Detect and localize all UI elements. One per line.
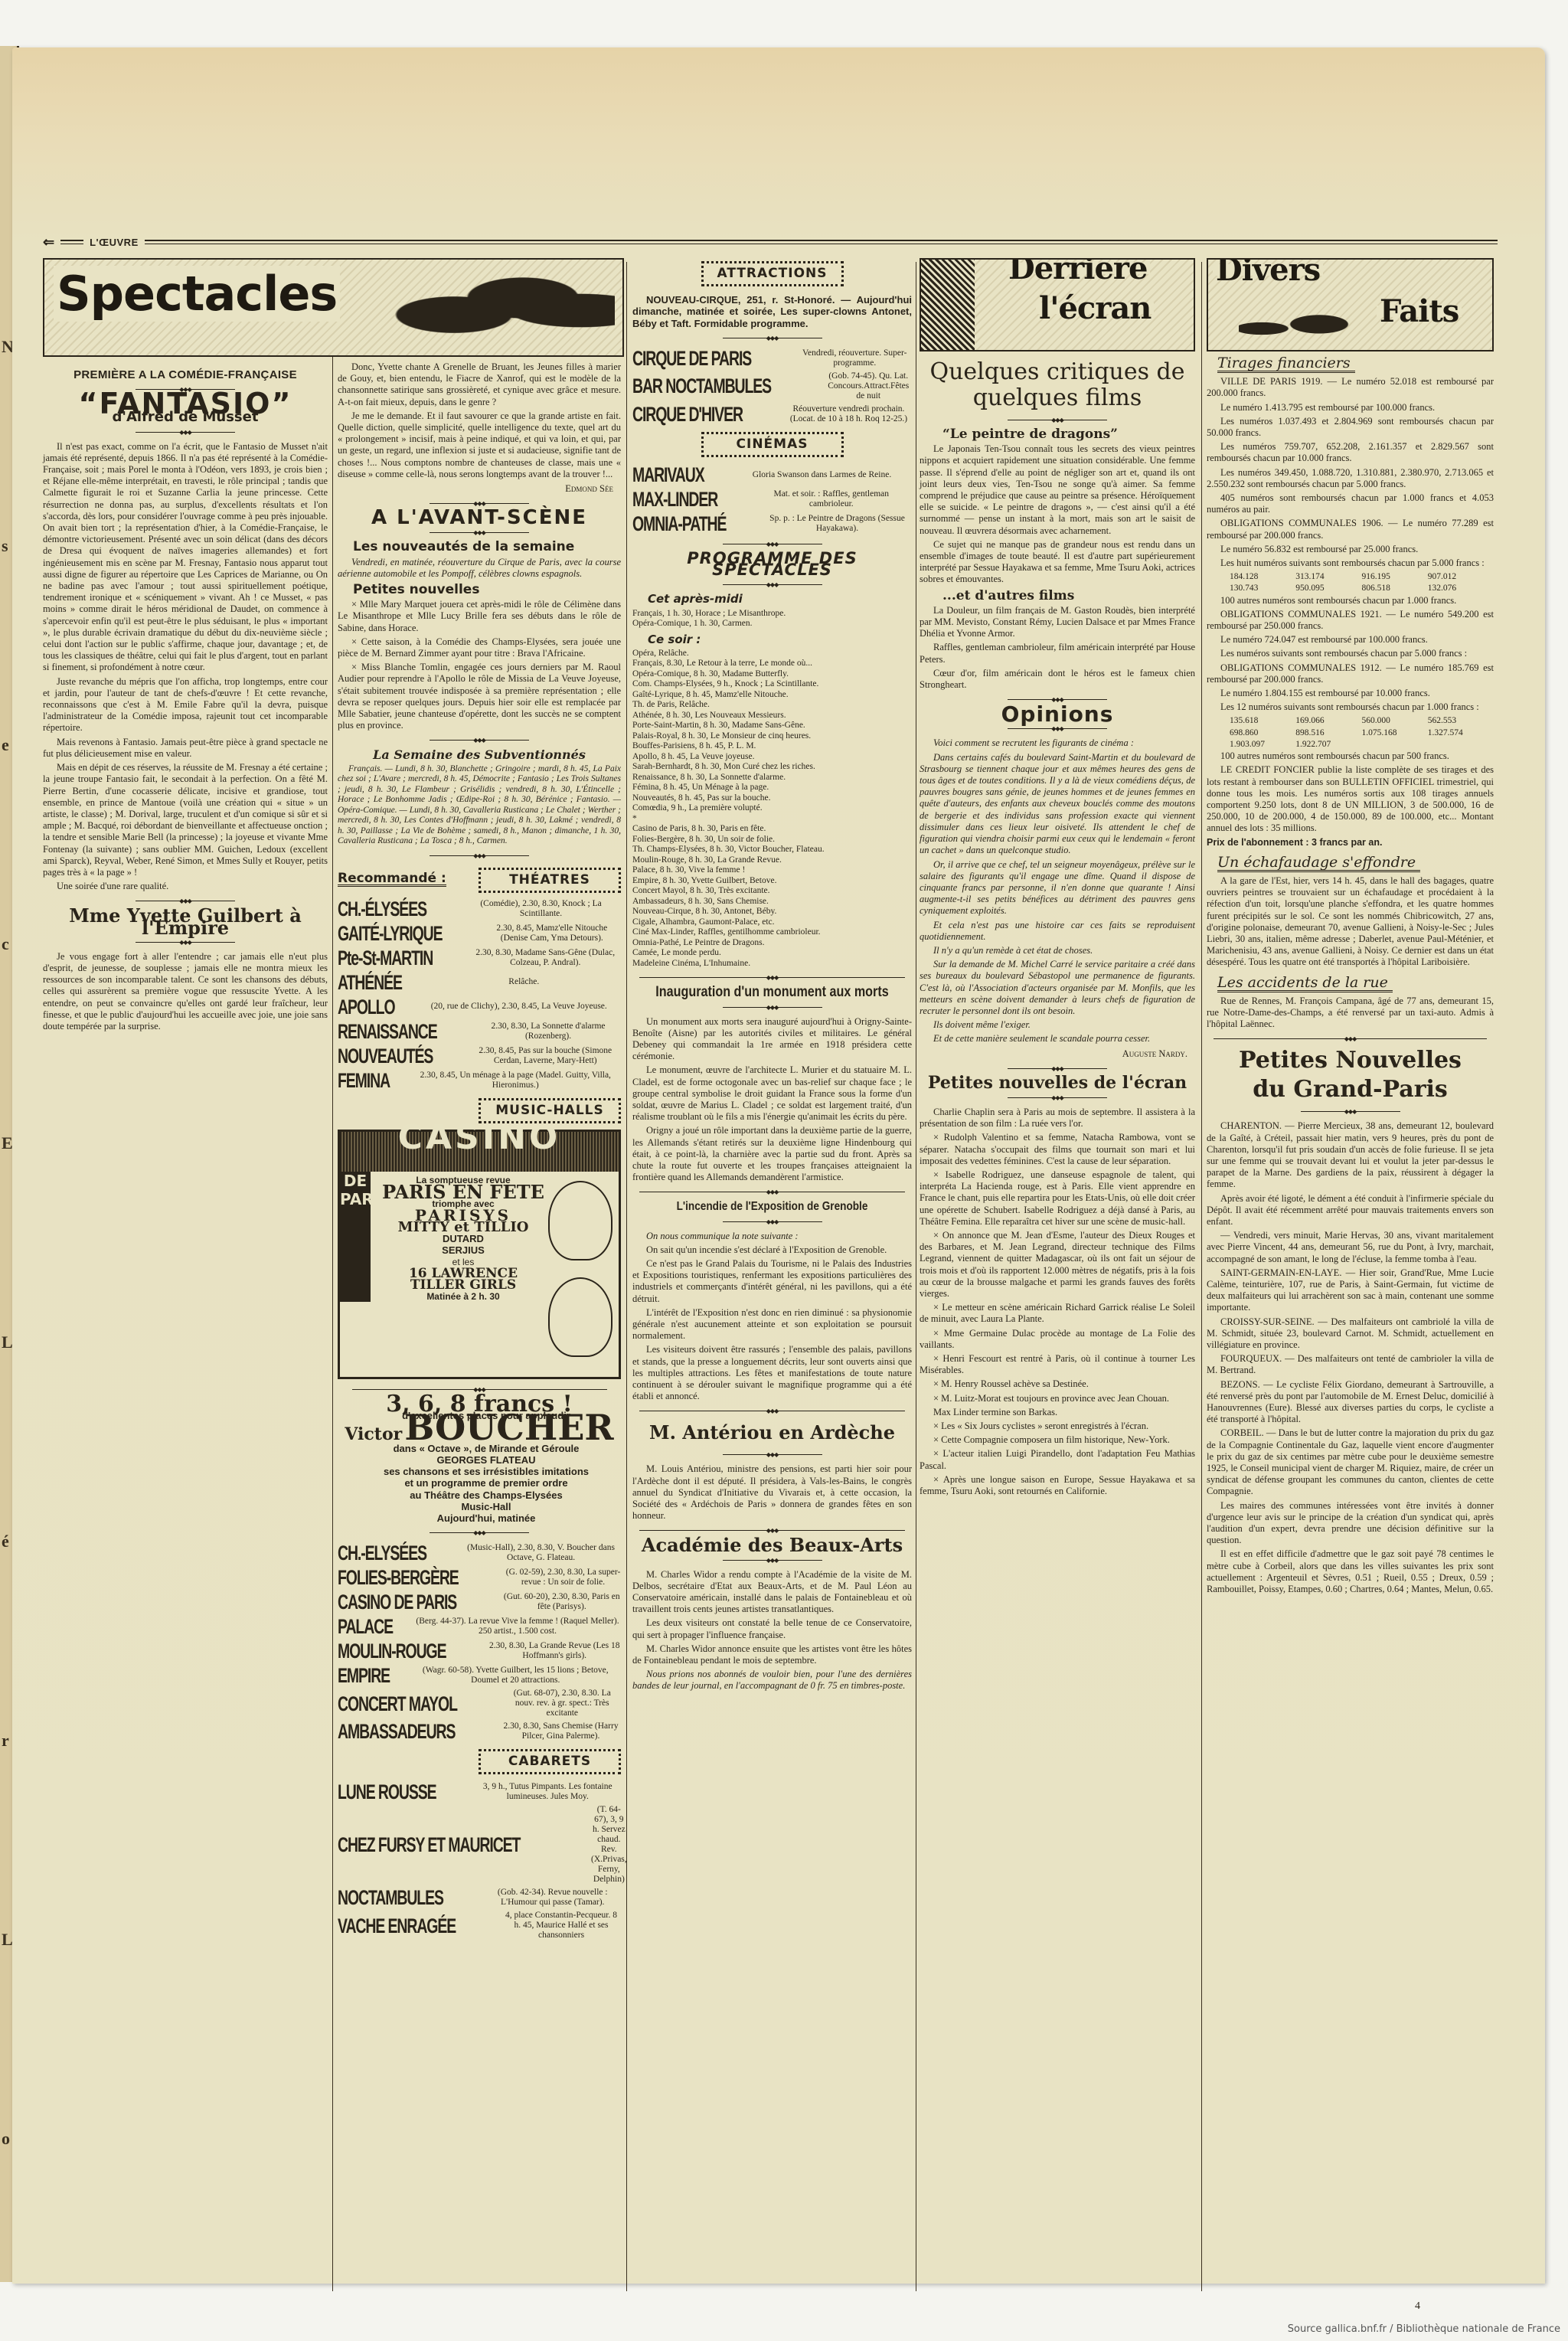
venue-listing: CIRQUE DE PARISVendredi, réouverture. Su… [632,347,912,370]
programme-line: Ciné Max-Linder, Raffles, gentilhomme ca… [632,927,912,938]
programme-line: Fémina, 8 h. 45, Un Ménage à la page. [632,783,912,793]
caricature-illustration-icon [1239,307,1354,350]
article-paragraph: Il n'est pas exact, comme on l'a écrit, … [43,441,328,674]
programme-line: Opéra-Comique, 1 h. 30, Carmen. [632,619,912,629]
venue-details: Mat. et soir. : Raffles, gentleman cambr… [751,489,913,509]
ornament-divider [1008,420,1107,428]
venue-listing: RENAISSANCE2.30, 8.30, La Sonnette d'ala… [338,1020,621,1043]
section-subhead: Petites nouvelles [338,584,621,596]
venue-name-wrap: FOLIES-BERGÈRE [338,1566,505,1589]
attractions-section-label: ATTRACTIONS [701,261,844,286]
tirage-item: 100 autres numéros sont remboursés chacu… [1207,750,1494,762]
faits-divers-banner: Divers Faits [1207,258,1494,351]
venue-name: MOULIN-ROUGE [338,1640,446,1663]
venue-listing: CASINO DE PARIS(Gut. 60-20), 2.30, 8.30,… [338,1591,621,1614]
ad-text: au Théâtre des Champs-Elysées [338,1489,621,1501]
column-3: ATTRACTIONS NOUVEAU-CIRQUE, 251, r. St-H… [632,258,912,1695]
programme-line: Comœdia, 9 h., La première volupté. [632,803,912,814]
venue-name-wrap: NOCTAMBULES [338,1886,484,1909]
portrait-sketch-icon [548,1277,612,1357]
nouveau-cirque-listing: NOUVEAU-CIRQUE, 251, r. St-Honoré. — Auj… [632,294,912,329]
previous-page-text-fragment: é [2,1532,9,1551]
article-paragraph: Et de cette manière seulement le scandal… [920,1033,1195,1045]
article-paragraph: Origny a joué un rôle important dans la … [632,1125,912,1183]
tirage-item: OBLIGATIONS COMMUNALES 1906. — Le numéro… [1207,518,1494,541]
column-1: PREMIÈRE A LA COMÉDIE-FRANÇAISE “FANTASI… [43,361,328,1035]
bond-number: 169.066 [1295,715,1361,727]
previous-page-text-fragment: c [2,934,9,954]
news-item: × Isabelle Rodriguez, une danseuse espag… [920,1169,1195,1228]
news-item: × L'acteur italien Luigi Pirandello, don… [920,1448,1195,1471]
bond-number: 1.075.168 [1362,727,1428,739]
venue-details: (G. 02-59), 2.30, 8.30, La super-revue :… [505,1568,621,1587]
venue-details: (Comédie), 2.30, 8.30, Knock ; La Scinti… [461,899,621,919]
news-item: × Mme Germaine Dulac procède au montage … [920,1328,1195,1351]
venue-details: (T. 64-67), 3, 9 h. Servez chaud. Rev. (… [591,1805,627,1885]
venue-name: EMPIRE [338,1664,390,1687]
venue-details: 2.30, 8.45, Un ménage à la page (Madel. … [410,1071,622,1090]
news-item: Max Linder termine son Barkas. [920,1407,1195,1418]
news-item: × Cette saison, à la Comédie des Champs-… [338,636,621,659]
venue-name: APOLLO [338,996,395,1018]
venue-name-wrap: MAX-LINDER [632,488,751,511]
ornament-divider [639,1530,905,1538]
ad-star: SERJIUS [377,1244,550,1256]
tirage-item: Les huit numéros suivants sont remboursé… [1207,557,1494,569]
tirage-item: Le numéro 724.047 est remboursé par 100.… [1207,634,1494,646]
venue-name: BAR NOCTAMBULES [632,374,771,397]
ad-text: ses chansons et ses irrésistibles imitat… [338,1466,621,1477]
bond-number: 135.618 [1230,715,1295,727]
venue-name: MAX-LINDER [632,488,717,511]
venue-listing: CHEZ FURSY ET MAURICET(T. 64-67), 3, 9 h… [338,1805,621,1885]
venue-details: Gloria Swanson dans Larmes de Reine. [732,470,912,480]
venue-listing: NOCTAMBULES(Gob. 42-34). Revue nouvelle … [338,1886,621,1909]
venue-details: Relâche. [427,977,621,987]
news-item: × Les « Six Jours cyclistes » seront enr… [920,1421,1195,1432]
venue-name: MARIVAUX [632,463,704,486]
article-paragraph: Ils doivent même l'exiger. [920,1019,1195,1031]
news-item: Après avoir été ligoté, le dément a été … [1207,1193,1494,1228]
article-paragraph: Cœur d'or, film américain dont le héros … [920,668,1195,691]
venue-name-wrap: CONCERT MAYOL [338,1692,504,1715]
subscription-price: Prix de l'abonnement : 3 francs par an. [1207,837,1494,848]
theatres-section-label: THÉATRES [479,868,621,893]
venue-name-wrap: CH.-ÉLYSÉES [338,897,461,920]
ecran-news-headline: Petites nouvelles de l'écran [920,1077,1195,1089]
derriere-ecran-banner: Derrière l'écran [920,258,1195,351]
previous-page-text-fragment: e [2,735,9,755]
boucher-name: BOUCHER [404,1407,613,1448]
venue-name-wrap: ATHÉNÉE [338,971,427,994]
venue-name: CIRQUE DE PARIS [632,347,751,370]
programme-line: Omnia-Pathé, Le Peintre de Dragons. [632,938,912,949]
venue-name: AMBASSADEURS [338,1720,455,1743]
ad-text: Music-Hall [338,1501,621,1512]
article-paragraph: Les deux visiteurs ont constaté la belle… [632,1617,912,1640]
venue-name-wrap: CIRQUE D'HIVER [632,403,786,426]
programme-line: Madeleine Cinéma, L'Inhumaine. [632,959,912,969]
article-paragraph: La Douleur, un film français de M. Gasto… [920,605,1195,640]
programme-line: Th. de Paris, Relâche. [632,700,912,711]
article-paragraph: Voici comment se recrutent les figurants… [920,737,1195,749]
byline: Auguste Nardy. [927,1048,1187,1060]
ecran-news-list: Charlie Chaplin sera à Paris au mois de … [920,1107,1195,1497]
ornament-divider [430,740,529,748]
programme-line: * [632,814,912,825]
venue-name-wrap: AMBASSADEURS [338,1720,501,1743]
previous-page-text-fragment: r [2,1731,9,1751]
venue-details: (Wagr. 60-58). Yvette Guilbert, les 15 l… [410,1666,621,1685]
article-paragraph: Ce n'est pas le Grand Palais du Tourisme… [632,1258,912,1305]
article-paragraph: Je vous engage fort à aller l'entendre ;… [43,951,328,1032]
spectacles-banner: Spectacles [43,258,624,357]
venue-name: LUNE ROUSSE [338,1780,436,1803]
news-item: × M. Luitz-Morat est toujours en provinc… [920,1393,1195,1404]
programme-line: Cigale, Alhambra, Gaumont-Palace, etc. [632,917,912,928]
bond-numbers-1906: 184.128313.174916.195907.012130.743950.0… [1207,571,1494,594]
article-paragraph: Rue de Rennes, M. François Campana, âgé … [1207,996,1494,1031]
ornament-divider [352,1389,607,1398]
cinemas-section-label: CINÉMAS [701,432,844,457]
venue-listing: CONCERT MAYOL(Gut. 68-07), 2.30, 8.30. L… [338,1689,621,1718]
section-subhead: Les nouveautés de la semaine [338,541,621,553]
programme-line: Renaissance, 8 h. 30, La Sonnette d'alar… [632,773,912,783]
ornament-divider [430,532,529,541]
recommended-label: Recommandé : [338,873,446,887]
tirage-item: VILLE DE PARIS 1919. — Le numéro 52.018 … [1207,376,1494,399]
academie-headline: Académie des Beaux-Arts [632,1539,912,1551]
casino-ad-header: CASINO [340,1132,619,1172]
tirage-item: LE CREDIT FONCIER publie la liste complè… [1207,764,1494,834]
news-item: × M. Henry Roussel achève sa Destinée. [920,1378,1195,1390]
programme-line: Casino de Paris, 8 h. 30, Paris en fête. [632,824,912,835]
venue-name: CIRQUE D'HIVER [632,403,743,426]
programme-line: Opéra, Relâche. [632,649,912,659]
venue-listing: PALACE(Berg. 44-37). La revue Vive la fe… [338,1615,621,1638]
grand-paris-headline: Petites Nouvelles [1207,1048,1494,1074]
film-reel-illustration-icon [921,260,975,350]
venue-details: 2.30, 8.45, Mamz'elle Nitouche (Denise C… [483,924,621,943]
programme-line: Th. Champs-Elysées, 8 h. 30, Victor Bouc… [632,845,912,855]
venue-name-wrap: GAITÉ-LYRIQUE [338,922,483,945]
programme-line: Nouveautés, 8 h. 45, Pas sur la bouche. [632,793,912,804]
film-review-title: “Le peintre de dragons” [942,429,1195,440]
programme-line: Athénée, 8 h. 30, Les Nouveaux Messieurs… [632,711,912,721]
casino-ad-body: La somptueuse revue PARIS EN FETE triomp… [377,1175,550,1303]
yvette-headline: Mme Yvette Guilbert à l'Empire [43,910,328,933]
venue-name: CASINO DE PARIS [338,1591,456,1614]
casino-de-paris-ad: CASINO DE PARIS La somptueuse revue PARI… [338,1130,621,1379]
column-divider [1201,262,1202,2291]
venue-listing: FEMINA2.30, 8.45, Un ménage à la page (M… [338,1069,621,1092]
venue-name: GAITÉ-LYRIQUE [338,922,442,945]
ad-text: GEORGES FLATEAU [338,1454,621,1466]
news-item: — Vendredi, vers minuit, Marie Hervas, 3… [1207,1230,1494,1265]
venue-listing: AMBASSADEURS2.30, 8.30, Sans Chemise (Ha… [338,1720,621,1743]
article-paragraph: L'intérêt de l'Exposition n'est donc en … [632,1307,912,1342]
ad-troupe: TILLER GIRLS [377,1280,550,1291]
bond-number: 916.195 [1362,571,1428,583]
venue-details: (Gob. 42-34). Revue nouvelle : L'Humour … [484,1888,621,1908]
venue-listing: MARIVAUXGloria Swanson dans Larmes de Re… [632,463,912,486]
venue-name-wrap: VACHE ENRAGÉE [338,1914,501,1937]
ad-text: Aujourd'hui, matinée [338,1512,621,1524]
tirage-item: Les numéros 1.037.493 et 2.804.969 sont … [1207,416,1494,439]
music-halls-listing: CH.-ELYSÉES(Music-Hall), 2.30, 8.30, V. … [338,1542,621,1743]
bond-number: 1.922.707 [1295,739,1361,750]
bond-number: 907.012 [1428,571,1494,583]
news-item: SAINT-GERMAIN-EN-LAYE. — Hier soir, Gran… [1207,1267,1494,1314]
programme-line: Palais-Royal, 8 h. 30, Le Monsieur de ci… [632,731,912,742]
news-item: × Henri Fescourt est rentré à Paris, où … [920,1353,1195,1376]
programme-line: Bouffes-Parisiens, 8 h. 45, P. L. M. [632,741,912,752]
ornament-divider [723,1221,822,1230]
programme-line: Camée, Le monde perdu. [632,948,912,959]
article-paragraph: Vendredi, en matinée, réouverture du Cir… [338,557,621,580]
bond-number: 132.076 [1428,583,1494,594]
bond-number: 1.327.574 [1428,727,1494,739]
programme-line: Apollo, 8 h. 45, La Veuve joyeuse. [632,752,912,763]
byline: Edmond Sée [345,483,613,495]
anteriou-headline: M. Antériou en Ardèche [632,1420,912,1446]
bond-number: 898.516 [1295,727,1361,739]
bond-number: 562.553 [1428,715,1494,727]
portrait-sketch-icon [548,1181,612,1260]
venue-name: PALACE [338,1615,393,1638]
article-paragraph: Je me le demande. Et il faut savourer ce… [338,410,621,480]
venue-name-wrap: CIRQUE DE PARIS [632,347,798,370]
tirage-item: Les numéros 759.707, 652.208, 2.161.357 … [1207,441,1494,464]
article-paragraph: Sur la demande de M. Michel Carré le ser… [920,959,1195,1017]
venue-name-wrap: CH.-ELYSÉES [338,1542,461,1564]
venue-details: (Music-Hall), 2.30, 8.30, V. Boucher dan… [461,1543,621,1563]
article-paragraph: Il n'y a qu'un remède à cet état de chos… [920,945,1195,956]
ornament-divider [639,1411,905,1419]
venue-details: 2.30, 8.30, La Sonnette d'alarme (Rozenb… [475,1022,621,1041]
venue-name: ATHÉNÉE [338,971,402,994]
opinions-headline: Opinions [920,708,1195,720]
tirage-item: Le numéro 56.832 est remboursé par 25.00… [1207,544,1494,555]
article-paragraph: On nous communique la note suivante : [632,1231,912,1242]
afternoon-programme: Français, 1 h. 30, Horace ; Le Misanthro… [632,609,912,629]
page-folio: ⇐ L'ŒUVRE [43,237,1498,247]
article-paragraph: Le Japonais Ten-Tsou connaît tous les se… [920,443,1195,537]
venue-details: (Berg. 44-37). La revue Vive la femme ! … [414,1617,621,1636]
article-paragraph: Le monument, œuvre de l'architecte L. Mu… [632,1064,912,1123]
programme-line: Com. Champs-Elysées, 9 h., Knock ; La Sc… [632,679,912,690]
tirage-item: Les 12 numéros suivants sont remboursés … [1207,701,1494,713]
news-item: × On annonce que M. Jean d'Esme, l'auteu… [920,1230,1195,1300]
column-5: Divers Faits Tirages financiers VILLE DE… [1207,258,1494,1597]
ad-star: MITTY et TILLIO [377,1221,550,1233]
column-2: Donc, Yvette chante A Grenelle de Bruant… [338,361,621,1942]
evening-subhead: Ce soir : [632,634,912,646]
previous-page-text-fragment: s [2,536,8,556]
news-item: × Rudolph Valentino et sa femme, Natacha… [920,1132,1195,1167]
programme-line: Moulin-Rouge, 8 h. 30, La Grande Revue. [632,855,912,866]
venue-listing: MOULIN-ROUGE2.30, 8.30, La Grande Revue … [338,1640,621,1663]
venue-listing: CIRQUE D'HIVERRéouverture vendredi proch… [632,403,912,426]
article-paragraph: On sait qu'un incendie s'est déclaré à l… [632,1244,912,1256]
article-paragraph: Juste revanche du mépris que l'on affich… [43,676,328,734]
ornament-divider [723,338,822,346]
venue-listing: OMNIA-PATHÉSp. p. : Le Peintre de Dragon… [632,512,912,535]
tirage-item: 405 numéros sont remboursés chacun par 1… [1207,492,1494,515]
ad-show-title: PARIS EN FETE [377,1186,550,1198]
article-paragraph: Raffles, gentleman cambrioleur, film amé… [920,642,1195,665]
venue-name-wrap: OMNIA-PATHÉ [632,512,763,535]
opinions-article: Voici comment se recrutent les figurants… [920,737,1195,1045]
echafaudage-headline: Un échafaudage s'effondre [1217,857,1420,872]
column-divider [332,262,333,2291]
article-paragraph: Les visiteurs doivent être rassurés ; l'… [632,1344,912,1402]
tirages-headline: Tirages financiers [1217,358,1355,373]
venue-name: CH.-ELYSÉES [338,1542,426,1564]
ornament-divider [136,432,235,440]
venue-name-wrap: NOUVEAUTÉS [338,1045,470,1068]
article-paragraph: Une soirée d'une rare qualité. [43,881,328,892]
cabarets-listing: LUNE ROUSSE3, 9 h., Tutus Pimpants. Les … [338,1780,621,1940]
venue-listing: BAR NOCTAMBULES(Gob. 74-45). Qu. Lat. Co… [632,371,912,401]
venue-listing: MAX-LINDERMat. et soir. : Raffles, gentl… [632,488,912,511]
ornament-divider [639,1192,905,1200]
ornament-divider [1008,1097,1107,1106]
casino-title: CASINO [340,1132,619,1143]
venue-listing: APOLLO(20, rue de Clichy), 2.30, 8.45, L… [338,996,621,1018]
ornament-divider [723,1454,822,1463]
ornament-divider [136,942,235,950]
news-item: Les maires des communes intéressées vont… [1207,1500,1494,1547]
ornament-divider [723,1007,822,1015]
venue-listing: Pte-St-MARTIN2.30, 8.30, Madame Sans-Gên… [338,947,621,969]
programme-line: Folies-Bergère, 8 h. 30, Un soir de foli… [632,835,912,845]
venue-name-wrap: APOLLO [338,996,417,1018]
theatres-listing: CH.-ÉLYSÉES(Comédie), 2.30, 8.30, Knock … [338,897,621,1092]
spectacles-title: Spectacles [54,266,340,322]
article-paragraph: Or, il arrive que ce chef, tel un seigne… [920,859,1195,917]
venue-details: (Gob. 74-45). Qu. Lat. Concours.Attract.… [825,371,912,401]
venue-listing: CH.-ÉLYSÉES(Comédie), 2.30, 8.30, Knock … [338,897,621,920]
venue-details: (20, rue de Clichy), 2.30, 8.45, La Veuv… [417,1002,622,1012]
programme-line: Porte-Saint-Martin, 8 h. 30, Madame Sans… [632,721,912,731]
ornament-divider [1008,699,1107,708]
ornament-divider [1301,1111,1400,1120]
news-item: Il est en effet difficile d'admettre que… [1207,1548,1494,1595]
article-paragraph: M. Charles Widor a rendu compte à l'Acad… [632,1569,912,1616]
ornament-divider [430,855,529,864]
avant-scene-headline: A L'AVANT-SCÈNE [338,512,621,524]
tirages-list: 100 autres numéros sont remboursés chacu… [1207,750,1494,834]
performers-illustration-icon [385,264,615,348]
ornament-divider [1008,728,1107,737]
article-paragraph: Ce sujet qui ne manque pas de grandeur n… [920,539,1195,586]
evening-programme: Opéra, Relâche.Français, 8.30, Le Retour… [632,649,912,969]
programme-line: Ambassadeurs, 8 h. 30, Sans Chemise. [632,897,912,907]
venue-name-wrap: CASINO DE PARIS [338,1591,503,1614]
venue-name-wrap: MOULIN-ROUGE [338,1640,488,1663]
tirage-item: 100 autres numéros sont remboursés chacu… [1207,595,1494,607]
newspaper-name: L'ŒUVRE [90,237,139,248]
venue-name: RENAISSANCE [338,1020,437,1043]
venue-name-wrap: RENAISSANCE [338,1020,475,1043]
venue-name: OMNIA-PATHÉ [632,512,726,535]
news-item: CORBEIL. — Dans le but de lutter contre … [1207,1427,1494,1497]
attractions-listing: CIRQUE DE PARISVendredi, réouverture. Su… [632,347,912,426]
programme-headline: PROGRAMME DES SPECTACLES [632,553,912,576]
tirages-list: VILLE DE PARIS 1919. — Le numéro 52.018 … [1207,376,1494,569]
venue-details: 2.30, 8.30, Madame Sans-Gêne (Dulac, Col… [469,948,621,968]
page-number: 4 [1415,2300,1420,2313]
inauguration-headline: Inauguration d'un monument aux morts [653,986,890,998]
bond-number: 313.174 [1295,571,1361,583]
faits-title: Faits [1377,306,1462,317]
bond-number: 560.000 [1362,715,1428,727]
programme-line: Sarah-Bernhardt, 8 h. 30, Mon Curé chez … [632,762,912,773]
tirage-item: Les numéros 349.450, 1.088.720, 1.310.88… [1207,467,1494,490]
ad-text: et un programme de premier ordre [338,1477,621,1489]
news-item: × Après une longue saison en Europe, Ses… [920,1474,1195,1497]
article-paragraph: Mais revenons à Fantasio. Jamais peut-êt… [43,737,328,760]
divers-title: Divers [1213,264,1323,276]
article-paragraph: M. Charles Widor annonce ensuite que les… [632,1643,912,1666]
venue-name-wrap: BAR NOCTAMBULES [632,374,825,397]
venue-name: NOCTAMBULES [338,1886,443,1909]
ornament-divider [723,544,822,552]
section-subhead: La Semaine des Subventionnés [338,749,621,760]
cinemas-listing: MARIVAUXGloria Swanson dans Larmes de Re… [632,463,912,535]
programme-line: Nouveau-Cirque, 8 h. 30, Antonet, Béby. [632,907,912,917]
venue-details: 4, place Constantin-Pecqueur. 8 h. 45, M… [501,1911,621,1940]
venue-name: FEMINA [338,1069,390,1092]
venue-name-wrap: CHEZ FURSY ET MAURICET [338,1833,591,1856]
folio-arrow-icon: ⇐ [43,234,54,250]
venue-details: Réouverture vendredi prochain. (Locat. d… [786,404,912,424]
folio-rule [145,240,1498,244]
venue-name: CH.-ÉLYSÉES [338,897,426,920]
news-item: × Cette Compagnie composera un film hist… [920,1434,1195,1446]
venue-listing: CH.-ELYSÉES(Music-Hall), 2.30, 8.30, V. … [338,1542,621,1564]
bond-number: 950.095 [1295,583,1361,594]
critiques-headline: Quelques critiques de quelques films [920,359,1195,411]
bond-number: 1.903.097 [1230,739,1295,750]
ornament-divider [1214,1038,1486,1047]
ornament-divider [136,389,235,397]
venue-listing: ATHÉNÉERelâche. [338,971,621,994]
cabarets-section-label: CABARETS [479,1749,621,1774]
ornament-divider [1008,1068,1107,1077]
tirage-item: Les numéros suivants sont remboursés cha… [1207,648,1494,659]
tirage-item: OBLIGATIONS COMMUNALES 1912. — Le numéro… [1207,662,1494,685]
bond-number: 806.518 [1362,583,1428,594]
newspaper-page: ⇐ L'ŒUVRE Spectacles PREMIÈRE A LA COMÉD… [12,47,1545,2284]
tirage-item: OBLIGATIONS COMMUNALES 1921. — Le numéro… [1207,609,1494,632]
venue-name: NOUVEAUTÉS [338,1045,433,1068]
venue-name-wrap: Pte-St-MARTIN [338,947,469,969]
programme-line: Gaîté-Lyrique, 8 h. 45, Mamz'elle Nitouc… [632,690,912,701]
venue-details: 3, 9 h., Tutus Pimpants. Les fontaine lu… [475,1782,621,1802]
bond-number: 130.743 [1230,583,1295,594]
news-item: × Miss Blanche Tomlin, engagée ces jours… [338,662,621,731]
news-item: BEZONS. — Le cycliste Félix Giordano, de… [1207,1379,1494,1426]
article-paragraph: Un monument aux morts sera inauguré aujo… [632,1016,912,1063]
bond-number [1428,739,1494,750]
venue-name: CONCERT MAYOL [338,1692,457,1715]
venue-listing: GAITÉ-LYRIQUE2.30, 8.45, Mamz'elle Nitou… [338,922,621,945]
venue-listing: NOUVEAUTÉS2.30, 8.45, Pas sur la bouche … [338,1045,621,1068]
article-paragraph: M. Louis Antériou, ministre des pensions… [632,1463,912,1522]
grenoble-headline: L'incendie de l'Exposition de Grenoble [653,1201,890,1212]
